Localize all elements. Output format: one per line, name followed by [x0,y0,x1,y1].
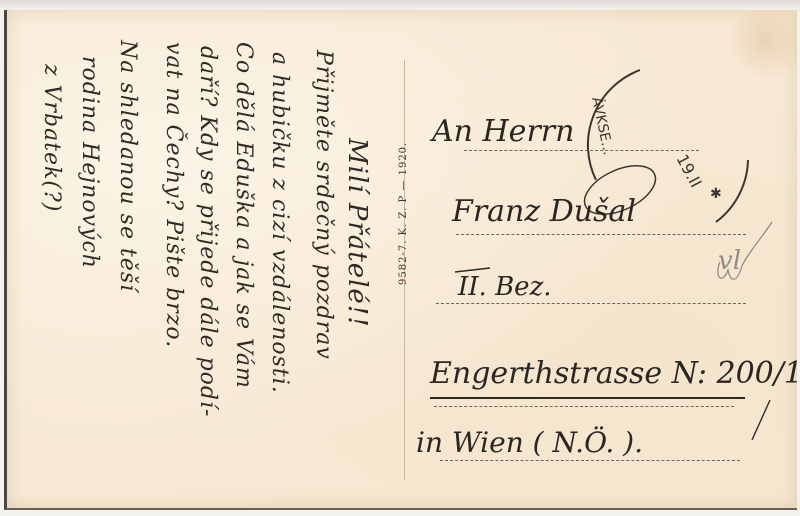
address-salutation: An Herrn [432,114,574,149]
address-rule [464,150,699,151]
address-slash [752,400,770,440]
address-city: in Wien ( N.Ö. ). [416,426,643,459]
address-district: II. Bez. [458,272,552,302]
address-rule [440,460,740,461]
address-rule [434,406,734,407]
postmark-and-marks: 19.II ÁVKSE… ✱ [0,0,800,516]
postmark-star-icon: ✱ [710,186,722,202]
address-street: Engerthstrasse N: 200/17. [430,356,800,391]
postmark-place: ÁVKSE… [588,95,617,156]
pencil-note: vl [718,246,741,276]
postmark-date: 19.II [672,151,705,191]
address-name: Franz Dušal [452,194,636,229]
address-rule [456,234,746,235]
address-rule [436,303,746,304]
